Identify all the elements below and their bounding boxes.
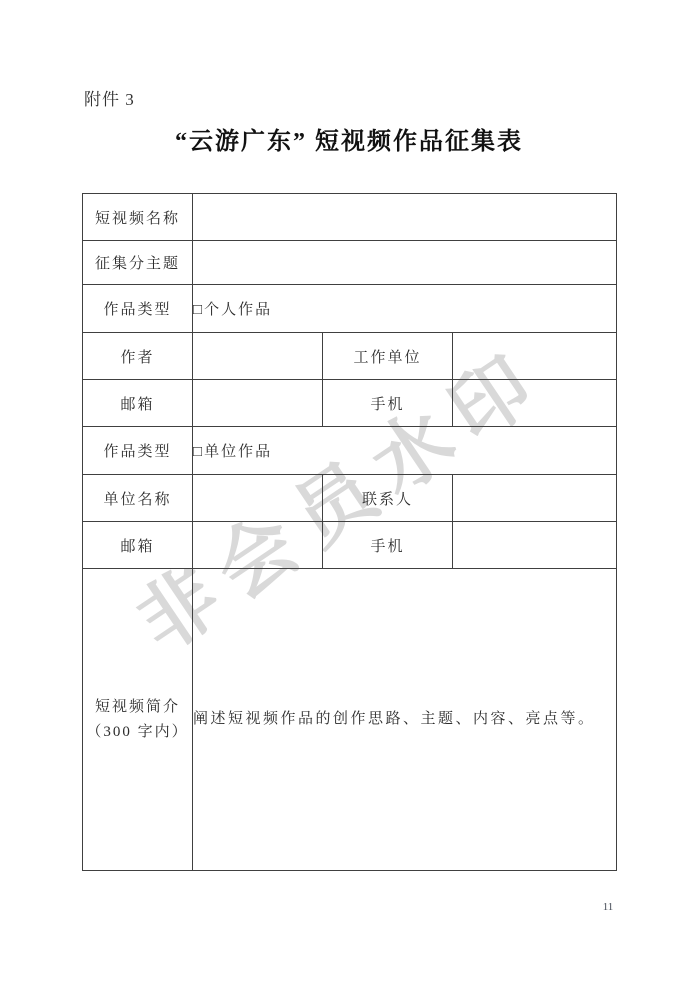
field-input-mobile xyxy=(453,380,617,427)
field-hint-video-intro: 阐述短视频作品的创作思路、主题、内容、亮点等。 xyxy=(193,569,617,871)
field-input-email xyxy=(193,380,323,427)
field-input-work-unit xyxy=(453,333,617,380)
table-row-video-name: 短视频名称 xyxy=(83,194,617,241)
checkbox-option-label: 个人作品 xyxy=(204,302,272,318)
field-label-video-name: 短视频名称 xyxy=(83,194,193,241)
table-row-video-intro: 短视频简介 （300 字内） 阐述短视频作品的创作思路、主题、内容、亮点等。 xyxy=(83,569,617,871)
field-input-mobile-2 xyxy=(453,522,617,569)
table-row-unit-name: 单位名称 联系人 xyxy=(83,475,617,522)
checkbox-icon: □ xyxy=(193,302,202,318)
table-row-work-type-personal: 作品类型 □个人作品 xyxy=(83,285,617,333)
field-label-work-unit: 工作单位 xyxy=(323,333,453,380)
page-number: 11 xyxy=(598,901,618,913)
document-page: 附件 3 “云游广东” 短视频作品征集表 非会员水印 短视频名称 征集分主题 作… xyxy=(0,0,698,987)
field-label-video-intro-line2: （300 字内） xyxy=(83,720,192,744)
field-input-author xyxy=(193,333,323,380)
field-input-subtheme xyxy=(193,241,617,285)
field-label-author: 作者 xyxy=(83,333,193,380)
checkbox-option-label: 单位作品 xyxy=(204,444,272,460)
submission-form-table: 短视频名称 征集分主题 作品类型 □个人作品 作者 工作单位 邮箱 xyxy=(82,193,617,871)
field-label-subtheme: 征集分主题 xyxy=(83,241,193,285)
field-label-unit-name: 单位名称 xyxy=(83,475,193,522)
table-row-author: 作者 工作单位 xyxy=(83,333,617,380)
work-type-unit-option: □单位作品 xyxy=(193,427,617,475)
page-title: “云游广东” 短视频作品征集表 xyxy=(0,121,698,156)
work-type-personal-option: □个人作品 xyxy=(193,285,617,333)
table-row-email-personal: 邮箱 手机 xyxy=(83,380,617,427)
table-row-work-type-unit: 作品类型 □单位作品 xyxy=(83,427,617,475)
attachment-label: 附件 3 xyxy=(84,85,135,110)
field-input-contact-person xyxy=(453,475,617,522)
table-row-email-unit: 邮箱 手机 xyxy=(83,522,617,569)
field-label-email-2: 邮箱 xyxy=(83,522,193,569)
field-label-email: 邮箱 xyxy=(83,380,193,427)
field-label-mobile: 手机 xyxy=(323,380,453,427)
field-label-video-intro-line1: 短视频简介 xyxy=(83,695,192,719)
field-input-unit-name xyxy=(193,475,323,522)
field-label-work-type-2: 作品类型 xyxy=(83,427,193,475)
field-label-video-intro: 短视频简介 （300 字内） xyxy=(83,569,193,871)
field-label-work-type: 作品类型 xyxy=(83,285,193,333)
checkbox-icon: □ xyxy=(193,444,202,460)
field-input-video-name xyxy=(193,194,617,241)
field-label-contact-person: 联系人 xyxy=(323,475,453,522)
table-row-subtheme: 征集分主题 xyxy=(83,241,617,285)
field-input-email-2 xyxy=(193,522,323,569)
field-label-mobile-2: 手机 xyxy=(323,522,453,569)
